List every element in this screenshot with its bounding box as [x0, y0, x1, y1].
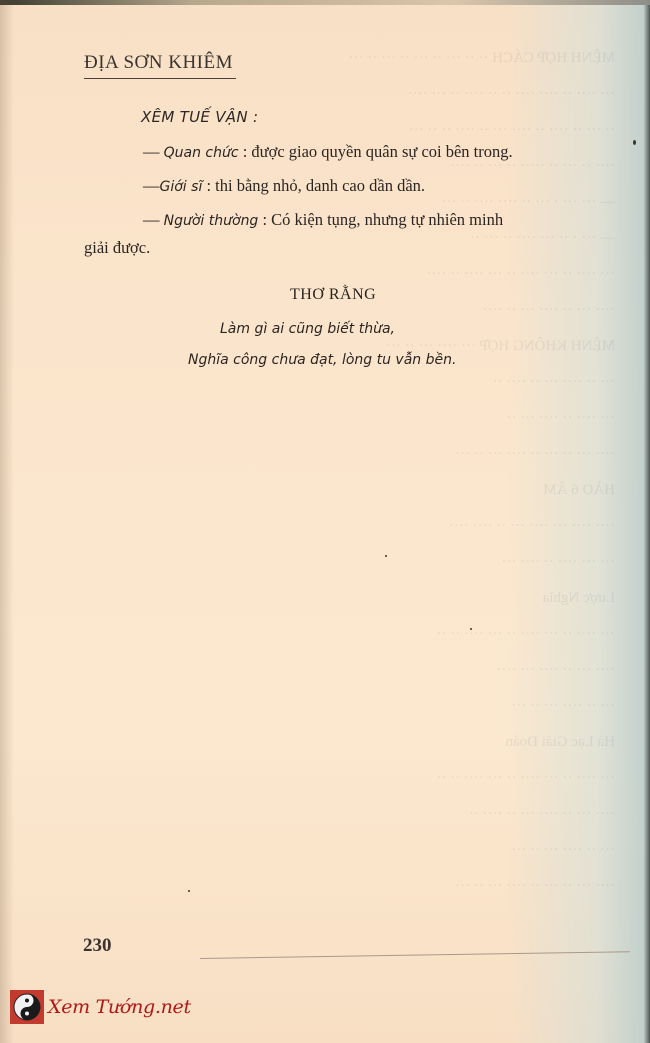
category-label: Quan chức — [164, 145, 239, 161]
fortune-line-commoner: — Người thường : Có kiện tụng, nhưng tự … — [143, 210, 503, 230]
poem-line-2: Nghĩa công chưa đạt, lòng tu vẫn bền. — [188, 352, 456, 368]
separator: : — [239, 142, 252, 161]
ink-speck — [188, 890, 190, 892]
ink-speck — [385, 555, 387, 557]
poem-title: THƠ RẰNG — [290, 286, 376, 304]
fortune-continuation: giải được. — [84, 238, 150, 258]
fortune-line-scholar: —Giới sĩ : thi bằng nhỏ, danh cao dần dầ… — [143, 176, 425, 196]
fortune-text: Có kiện tụng, nhưng tự nhiên minh — [271, 210, 503, 229]
separator: : — [202, 176, 215, 195]
dash: — — [143, 210, 160, 229]
category-label: Người thường — [164, 213, 259, 229]
book-page: MỆNH HỢP CÁCH ·· ·· ··· ·· ··· ·· ··· ··… — [0, 0, 650, 1043]
fortune-text: thi bằng nhỏ, danh cao dần dần. — [215, 176, 425, 195]
dash: — — [143, 176, 160, 195]
watermark-text: Xem Tướng.net — [48, 996, 191, 1018]
fortune-line-official: — Quan chức : được giao quyền quân sự co… — [143, 142, 513, 162]
page-top-edge — [0, 0, 650, 5]
section-title: XÊM TUẾ VẬN : — [141, 108, 258, 126]
poem-line-1: Làm gì ai cũng biết thừa, — [220, 321, 395, 337]
watermark: Xem Tướng.net — [10, 990, 191, 1024]
page-gutter-shadow — [0, 0, 14, 1043]
fortune-text: được giao quyền quân sự coi bên trong. — [251, 142, 512, 161]
category-label: Giới sĩ — [160, 179, 203, 195]
separator: : — [258, 210, 271, 229]
ink-speck — [470, 628, 472, 630]
bleed-through-text: MỆNH HỢP CÁCH ·· ·· ··· ·· ··· ·· ··· ··… — [95, 40, 615, 940]
yin-yang-icon — [10, 990, 44, 1024]
ink-speck — [633, 140, 636, 145]
page-bottom-edge — [200, 951, 630, 959]
page-number: 230 — [83, 935, 112, 957]
running-head: ĐỊA SƠN KHIÊM — [84, 52, 236, 79]
dash: — — [143, 142, 160, 161]
